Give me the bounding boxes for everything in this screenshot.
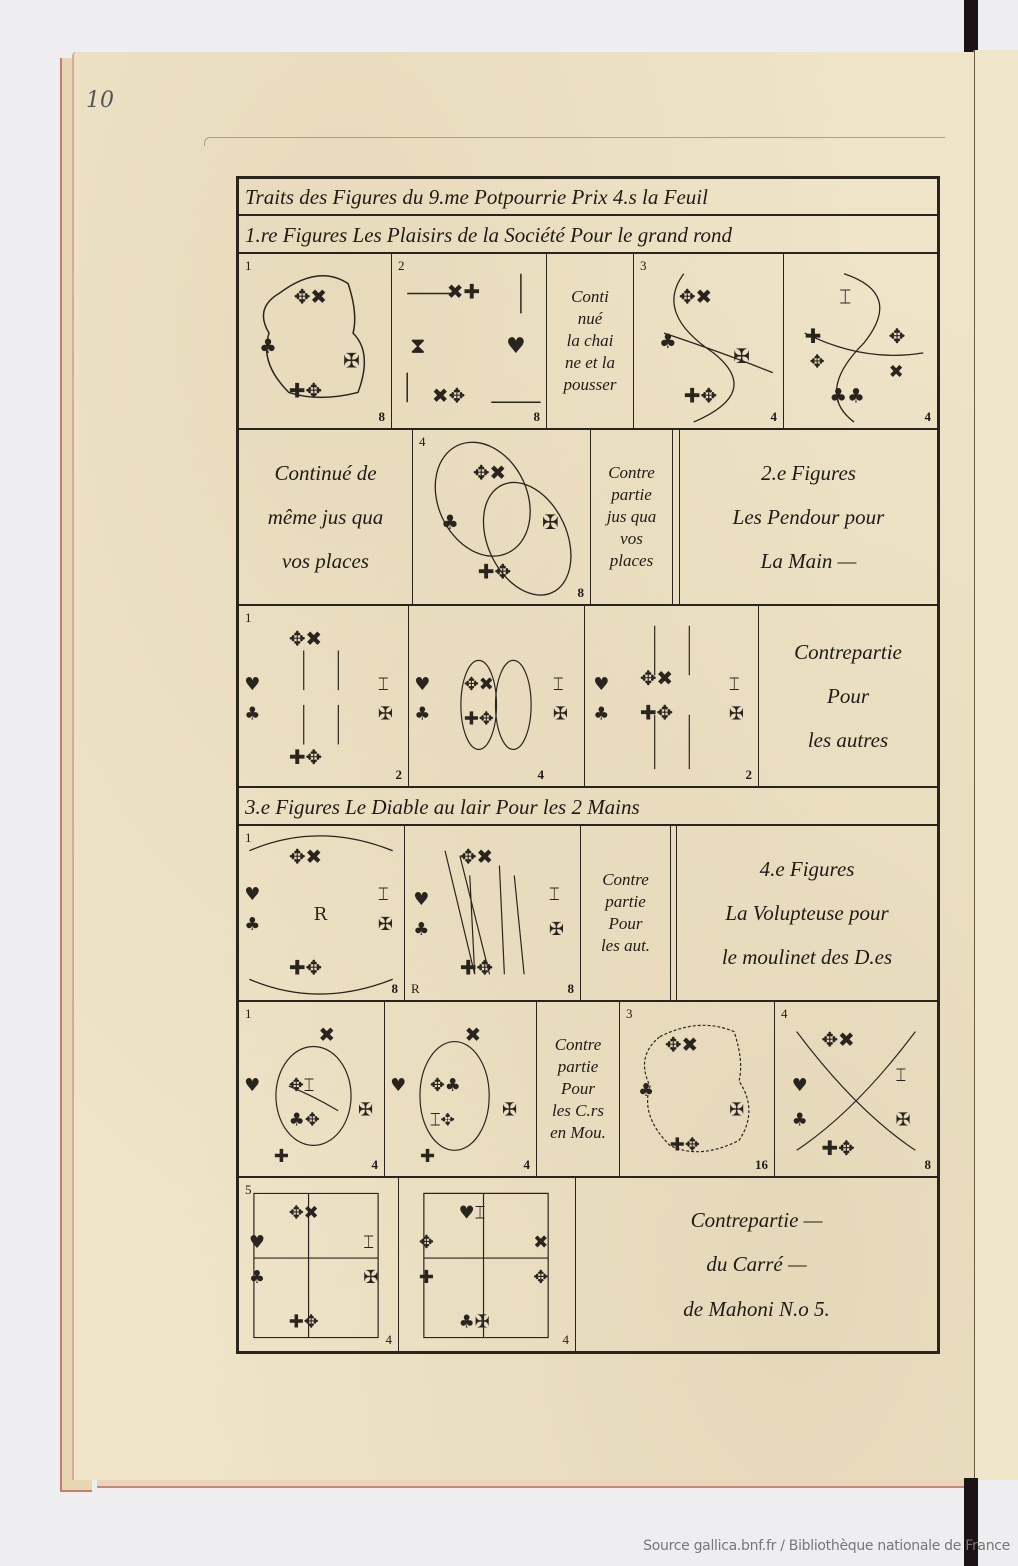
- text-line: La Main —: [761, 539, 857, 583]
- svg-text:♥: ♥: [244, 1075, 260, 1096]
- figure-count: 4: [925, 409, 932, 425]
- svg-text:✚✥: ✚✥: [289, 379, 322, 402]
- text-line: Contrepartie —: [691, 1198, 823, 1242]
- plate-mark: [204, 137, 945, 146]
- svg-text:♥: ♥: [244, 884, 260, 905]
- svg-text:✚: ✚: [420, 1146, 435, 1167]
- figure-count: 8: [392, 981, 399, 997]
- svg-text:✚✥: ✚✥: [460, 956, 493, 979]
- svg-text:♣: ♣: [249, 1267, 265, 1288]
- text-line: les C.rs: [552, 1100, 604, 1122]
- figure-diagram: 1 ✥✖♥♣R⌶✠✚✥ 8: [239, 826, 405, 1000]
- text-line: du Carré —: [706, 1242, 806, 1286]
- svg-text:♥: ♥: [414, 674, 430, 695]
- text-line: 4.e Figures: [760, 847, 855, 891]
- figure-count: 8: [379, 409, 386, 425]
- instruction-text: Contrepartie — du Carré — de Mahoni N.o …: [576, 1178, 937, 1351]
- svg-text:♣: ♣: [792, 1110, 808, 1131]
- svg-text:✠: ✠: [729, 1100, 744, 1121]
- text-line: Contre: [555, 1034, 602, 1056]
- dance-figure-icon: ✥✖♣✠✚✥: [239, 254, 391, 428]
- svg-text:✖: ✖: [464, 1024, 481, 1047]
- svg-text:✥✖: ✥✖: [821, 1028, 854, 1051]
- text-line: Pour: [827, 674, 869, 718]
- svg-text:✚: ✚: [274, 1146, 289, 1167]
- instruction-text: Conti nué la chai ne et la pousser: [547, 254, 634, 428]
- svg-text:♥⌶: ♥⌶: [459, 1202, 486, 1223]
- svg-text:✥: ✥: [419, 1232, 434, 1253]
- text-line: partie: [611, 484, 652, 506]
- svg-text:♥: ♥: [506, 334, 526, 359]
- text-line: de Mahoni N.o 5.: [683, 1287, 829, 1331]
- dance-figure-icon: ⌶✚✥✥✖♣♣: [784, 254, 937, 428]
- text-line: Les Pendour pour: [733, 495, 885, 539]
- svg-text:✠: ✠: [733, 345, 750, 368]
- figure-diagram: ✖♥✥♣⌶✥✠✚ 4: [385, 1002, 537, 1176]
- svg-text:♥: ♥: [593, 674, 609, 695]
- figure-diagram: 1 ✥✖♣✠✚✥ 8: [239, 254, 392, 428]
- svg-text:♣: ♣: [441, 511, 459, 534]
- svg-text:✚✥: ✚✥: [289, 956, 322, 979]
- text-line: vos places: [282, 539, 369, 583]
- svg-text:✚✥: ✚✥: [289, 1312, 319, 1333]
- text-line: vos: [620, 528, 643, 550]
- dance-figure-icon: ♥⌶✥✚✖✥♣✠: [399, 1178, 575, 1351]
- figure-diagram: 3 ✥✖♣✠✚✥ 4: [634, 254, 784, 428]
- svg-text:✥✖: ✥✖: [464, 674, 494, 695]
- svg-text:✥: ✥: [810, 352, 825, 373]
- dance-figure-icon: ✥✖♥♣⌶✠✚✥: [239, 606, 408, 786]
- text-line: Pour: [609, 913, 643, 935]
- svg-text:✚: ✚: [419, 1267, 434, 1288]
- svg-text:⌶: ⌶: [549, 884, 560, 905]
- svg-text:⌶: ⌶: [378, 674, 389, 695]
- svg-text:✥♣: ✥♣: [430, 1075, 461, 1096]
- figure-diagram: ♥♣✥✖✚✥⌶✠ 4: [409, 606, 585, 786]
- facing-page: [973, 50, 1018, 1480]
- svg-text:⌶: ⌶: [896, 1065, 907, 1086]
- dance-figure-icon: ✥✖♣✠✚✥: [634, 254, 783, 428]
- page-bottom-edge: [97, 1480, 977, 1488]
- text-line: partie: [558, 1056, 599, 1078]
- text-line: Contre: [608, 462, 655, 484]
- figure-diagram: ⌶✚✥✥✖♣♣ 4: [784, 254, 937, 428]
- svg-text:✥⌶: ✥⌶: [289, 1075, 315, 1096]
- svg-text:✚: ✚: [805, 325, 822, 348]
- section1-row1: 1 ✥✖♣✠✚✥ 8 2 ✖✚⧗♥✖✥ 8 Conti nué la chai …: [239, 254, 937, 430]
- section1-row2: Continué de même jus qua vos places 4 ✥✖…: [239, 430, 937, 606]
- svg-text:⌶✥: ⌶✥: [430, 1110, 455, 1131]
- dance-figure-icon: ✥✖♥♣R⌶✠✚✥: [239, 826, 404, 1000]
- folio-number: 10: [86, 88, 114, 113]
- svg-text:✚✥: ✚✥: [464, 709, 494, 730]
- svg-text:✖✚: ✖✚: [447, 280, 480, 303]
- dance-figure-icon: ✖♥✥⌶♣✥✠✚: [239, 1002, 384, 1176]
- svg-text:✚✥: ✚✥: [478, 560, 511, 583]
- figure-count: 2: [746, 767, 753, 783]
- svg-text:⧗: ⧗: [410, 334, 425, 359]
- svg-text:✚✥: ✚✥: [684, 384, 717, 407]
- text-line: Contre: [602, 869, 649, 891]
- svg-text:✠: ✠: [378, 704, 393, 725]
- figure-diagram: 2 ✖✚⧗♥✖✥ 8: [392, 254, 547, 428]
- dance-figure-icon: ♥♣✥✖✚✥⌶✠: [585, 606, 758, 786]
- section2-heading: 2.e Figures Les Pendour pour La Main —: [679, 430, 937, 604]
- svg-text:✠: ✠: [343, 350, 360, 373]
- svg-text:✖: ✖: [889, 362, 904, 383]
- instruction-text: Contrepartie Pour les autres: [759, 606, 937, 786]
- dance-figure-icon: ✥✖♣✠✚✥: [620, 1002, 774, 1176]
- bookmark-ribbon-top: [964, 0, 978, 56]
- svg-text:✥✖: ✥✖: [640, 667, 673, 690]
- svg-text:✖✥: ✖✥: [432, 384, 465, 407]
- figure-diagram: R ✥✖♥♣⌶✠✚✥ 8: [405, 826, 581, 1000]
- svg-text:✚✥: ✚✥: [670, 1134, 700, 1155]
- svg-text:✚✥: ✚✥: [640, 702, 673, 725]
- svg-text:♣✠: ♣✠: [459, 1312, 490, 1333]
- svg-text:✥✖: ✥✖: [473, 461, 506, 484]
- instruction-text: Contre partie Pour les aut.: [581, 826, 671, 1000]
- figure-count: 4: [563, 1332, 570, 1348]
- svg-text:♣: ♣: [259, 335, 277, 358]
- dance-figure-icon: ✖♥✥♣⌶✥✠✚: [385, 1002, 536, 1176]
- svg-text:✠: ✠: [553, 704, 568, 725]
- svg-text:♥: ♥: [390, 1075, 406, 1096]
- figure-diagram: 4 ✥✖♥♣⌶✠✚✥ 8: [775, 1002, 937, 1176]
- engraved-table: Traits des Figures du 9.me Potpourrie Pr…: [236, 176, 940, 1354]
- text-line: nué: [578, 308, 603, 330]
- text-line: La Volupteuse pour: [725, 891, 888, 935]
- svg-text:✠: ✠: [729, 704, 744, 725]
- svg-text:✥✖: ✥✖: [679, 285, 712, 308]
- svg-text:⌶: ⌶: [378, 884, 389, 905]
- figure-count: 4: [524, 1157, 531, 1173]
- instruction-text: Contre partie Pour les C.rs en Mou.: [537, 1002, 620, 1176]
- text-line: Pour: [561, 1078, 595, 1100]
- svg-text:✖: ✖: [533, 1232, 548, 1253]
- svg-text:♥: ♥: [792, 1075, 808, 1096]
- svg-text:⌶: ⌶: [363, 1232, 374, 1253]
- figure-diagram: 1 ✥✖♥♣⌶✠✚✥ 2: [239, 606, 409, 786]
- text-line: en Mou.: [550, 1122, 606, 1144]
- dance-figure-icon: ✥✖♣✠✚✥: [413, 430, 590, 604]
- figure-count: 8: [568, 981, 575, 997]
- svg-text:♥: ♥: [249, 1232, 265, 1253]
- svg-text:⌶: ⌶: [839, 285, 851, 308]
- svg-text:✠: ✠: [549, 919, 564, 940]
- text-line: Continué de: [274, 451, 376, 495]
- svg-text:♣♣: ♣♣: [829, 384, 864, 407]
- figure-diagram: ♥⌶✥✚✖✥♣✠ 4: [399, 1178, 576, 1351]
- instruction-text: Contre partie jus qua vos places: [591, 430, 673, 604]
- svg-text:♥: ♥: [244, 674, 260, 695]
- svg-text:⌶: ⌶: [729, 674, 740, 695]
- svg-text:✠: ✠: [378, 914, 393, 935]
- svg-text:✥: ✥: [533, 1267, 548, 1288]
- dance-figure-icon: ✖✚⧗♥✖✥: [392, 254, 546, 428]
- text-line: Conti: [571, 286, 609, 308]
- svg-text:♣: ♣: [593, 704, 609, 725]
- figure-count: 4: [771, 409, 778, 425]
- text-line: les autres: [808, 718, 888, 762]
- figure-count: 4: [538, 767, 545, 783]
- text-line: même jus qua: [268, 495, 383, 539]
- source-credit: Source gallica.bnf.fr / Bibliothèque nat…: [643, 1538, 1010, 1554]
- text-line: places: [610, 550, 653, 572]
- figure-count: 8: [578, 585, 585, 601]
- text-line: les aut.: [601, 935, 650, 957]
- svg-text:R: R: [314, 904, 328, 925]
- text-line: partie: [605, 891, 646, 913]
- figure-diagram: 4 ✥✖♣✠✚✥ 8: [413, 430, 591, 604]
- figure-diagram: 1 ✖♥✥⌶♣✥✠✚ 4: [239, 1002, 385, 1176]
- svg-text:♣: ♣: [244, 704, 260, 725]
- section4-heading: 4.e Figures La Volupteuse pour le moulin…: [676, 826, 937, 1000]
- svg-text:✥: ✥: [889, 325, 906, 348]
- text-line: pousser: [564, 374, 617, 396]
- svg-text:✠: ✠: [502, 1100, 517, 1121]
- text-line: la chai: [567, 330, 614, 352]
- figure-count: 8: [534, 409, 541, 425]
- section3-heading: 3.e Figures Le Diable au lair Pour les 2…: [239, 788, 937, 826]
- figure-count: 8: [925, 1157, 932, 1173]
- section2-row: 1 ✥✖♥♣⌶✠✚✥ 2 ♥♣✥✖✚✥⌶✠ 4 ♥♣✥✖✚✥⌶✠ 2 Contr…: [239, 606, 937, 788]
- svg-text:✥✖: ✥✖: [289, 628, 322, 651]
- text-line: Contrepartie: [794, 630, 902, 674]
- svg-text:♣✥: ♣✥: [289, 1110, 320, 1131]
- text-line: jus qua: [607, 506, 657, 528]
- section3-row: 1 ✥✖♥♣R⌶✠✚✥ 8 R ✥✖♥♣⌶✠✚✥ 8 Contre partie…: [239, 826, 937, 1002]
- figure-diagram: 3 ✥✖♣✠✚✥ 16: [620, 1002, 775, 1176]
- svg-text:♣: ♣: [413, 919, 429, 940]
- svg-text:✠: ✠: [896, 1110, 911, 1131]
- svg-text:✠: ✠: [358, 1100, 373, 1121]
- svg-text:✚✥: ✚✥: [821, 1137, 854, 1160]
- svg-text:✚✥: ✚✥: [289, 746, 322, 769]
- text-line: 2.e Figures: [761, 451, 856, 495]
- svg-text:✠: ✠: [363, 1267, 378, 1288]
- svg-text:⌶: ⌶: [553, 674, 564, 695]
- dance-figure-icon: ✥✖♥♣⌶✠✚✥: [405, 826, 580, 1000]
- section4-row1: 1 ✖♥✥⌶♣✥✠✚ 4 ✖♥✥♣⌶✥✠✚ 4 Contre partie Po…: [239, 1002, 937, 1178]
- dance-figure-icon: ✥✖♥♣⌶✠✚✥: [775, 1002, 937, 1176]
- svg-text:♣: ♣: [244, 914, 260, 935]
- dance-figure-icon: ✥✖♥♣⌶✠✚✥: [239, 1178, 398, 1351]
- figure-count: 4: [372, 1157, 379, 1173]
- svg-text:♥: ♥: [413, 889, 429, 910]
- figure-diagram: 5 ✥✖♥♣⌶✠✚✥ 4: [239, 1178, 399, 1351]
- svg-text:♣: ♣: [659, 330, 677, 353]
- svg-text:♣: ♣: [638, 1080, 654, 1101]
- svg-text:✖: ✖: [318, 1024, 335, 1047]
- figure-count: 2: [396, 767, 403, 783]
- text-line: le moulinet des D.es: [722, 935, 892, 979]
- svg-text:✥✖: ✥✖: [289, 1202, 319, 1223]
- instruction-text: Continué de même jus qua vos places: [239, 430, 413, 604]
- svg-text:✠: ✠: [542, 511, 559, 534]
- figure-count: 16: [755, 1157, 768, 1173]
- text-line: ne et la: [565, 352, 615, 374]
- svg-text:✥✖: ✥✖: [289, 846, 322, 869]
- figure-count: 4: [386, 1332, 393, 1348]
- section1-heading: 1.re Figures Les Plaisirs de la Société …: [239, 216, 937, 254]
- dance-figure-icon: ♥♣✥✖✚✥⌶✠: [409, 606, 584, 786]
- svg-text:✥✖: ✥✖: [460, 846, 493, 869]
- title-band: Traits des Figures du 9.me Potpourrie Pr…: [239, 179, 937, 216]
- svg-text:♣: ♣: [414, 704, 430, 725]
- svg-text:✥✖: ✥✖: [665, 1033, 698, 1056]
- figure-diagram: ♥♣✥✖✚✥⌶✠ 2: [585, 606, 759, 786]
- section4-row2: 5 ✥✖♥♣⌶✠✚✥ 4 ♥⌶✥✚✖✥♣✠ 4 Contrepartie — d…: [239, 1178, 937, 1351]
- svg-text:✥✖: ✥✖: [294, 285, 327, 308]
